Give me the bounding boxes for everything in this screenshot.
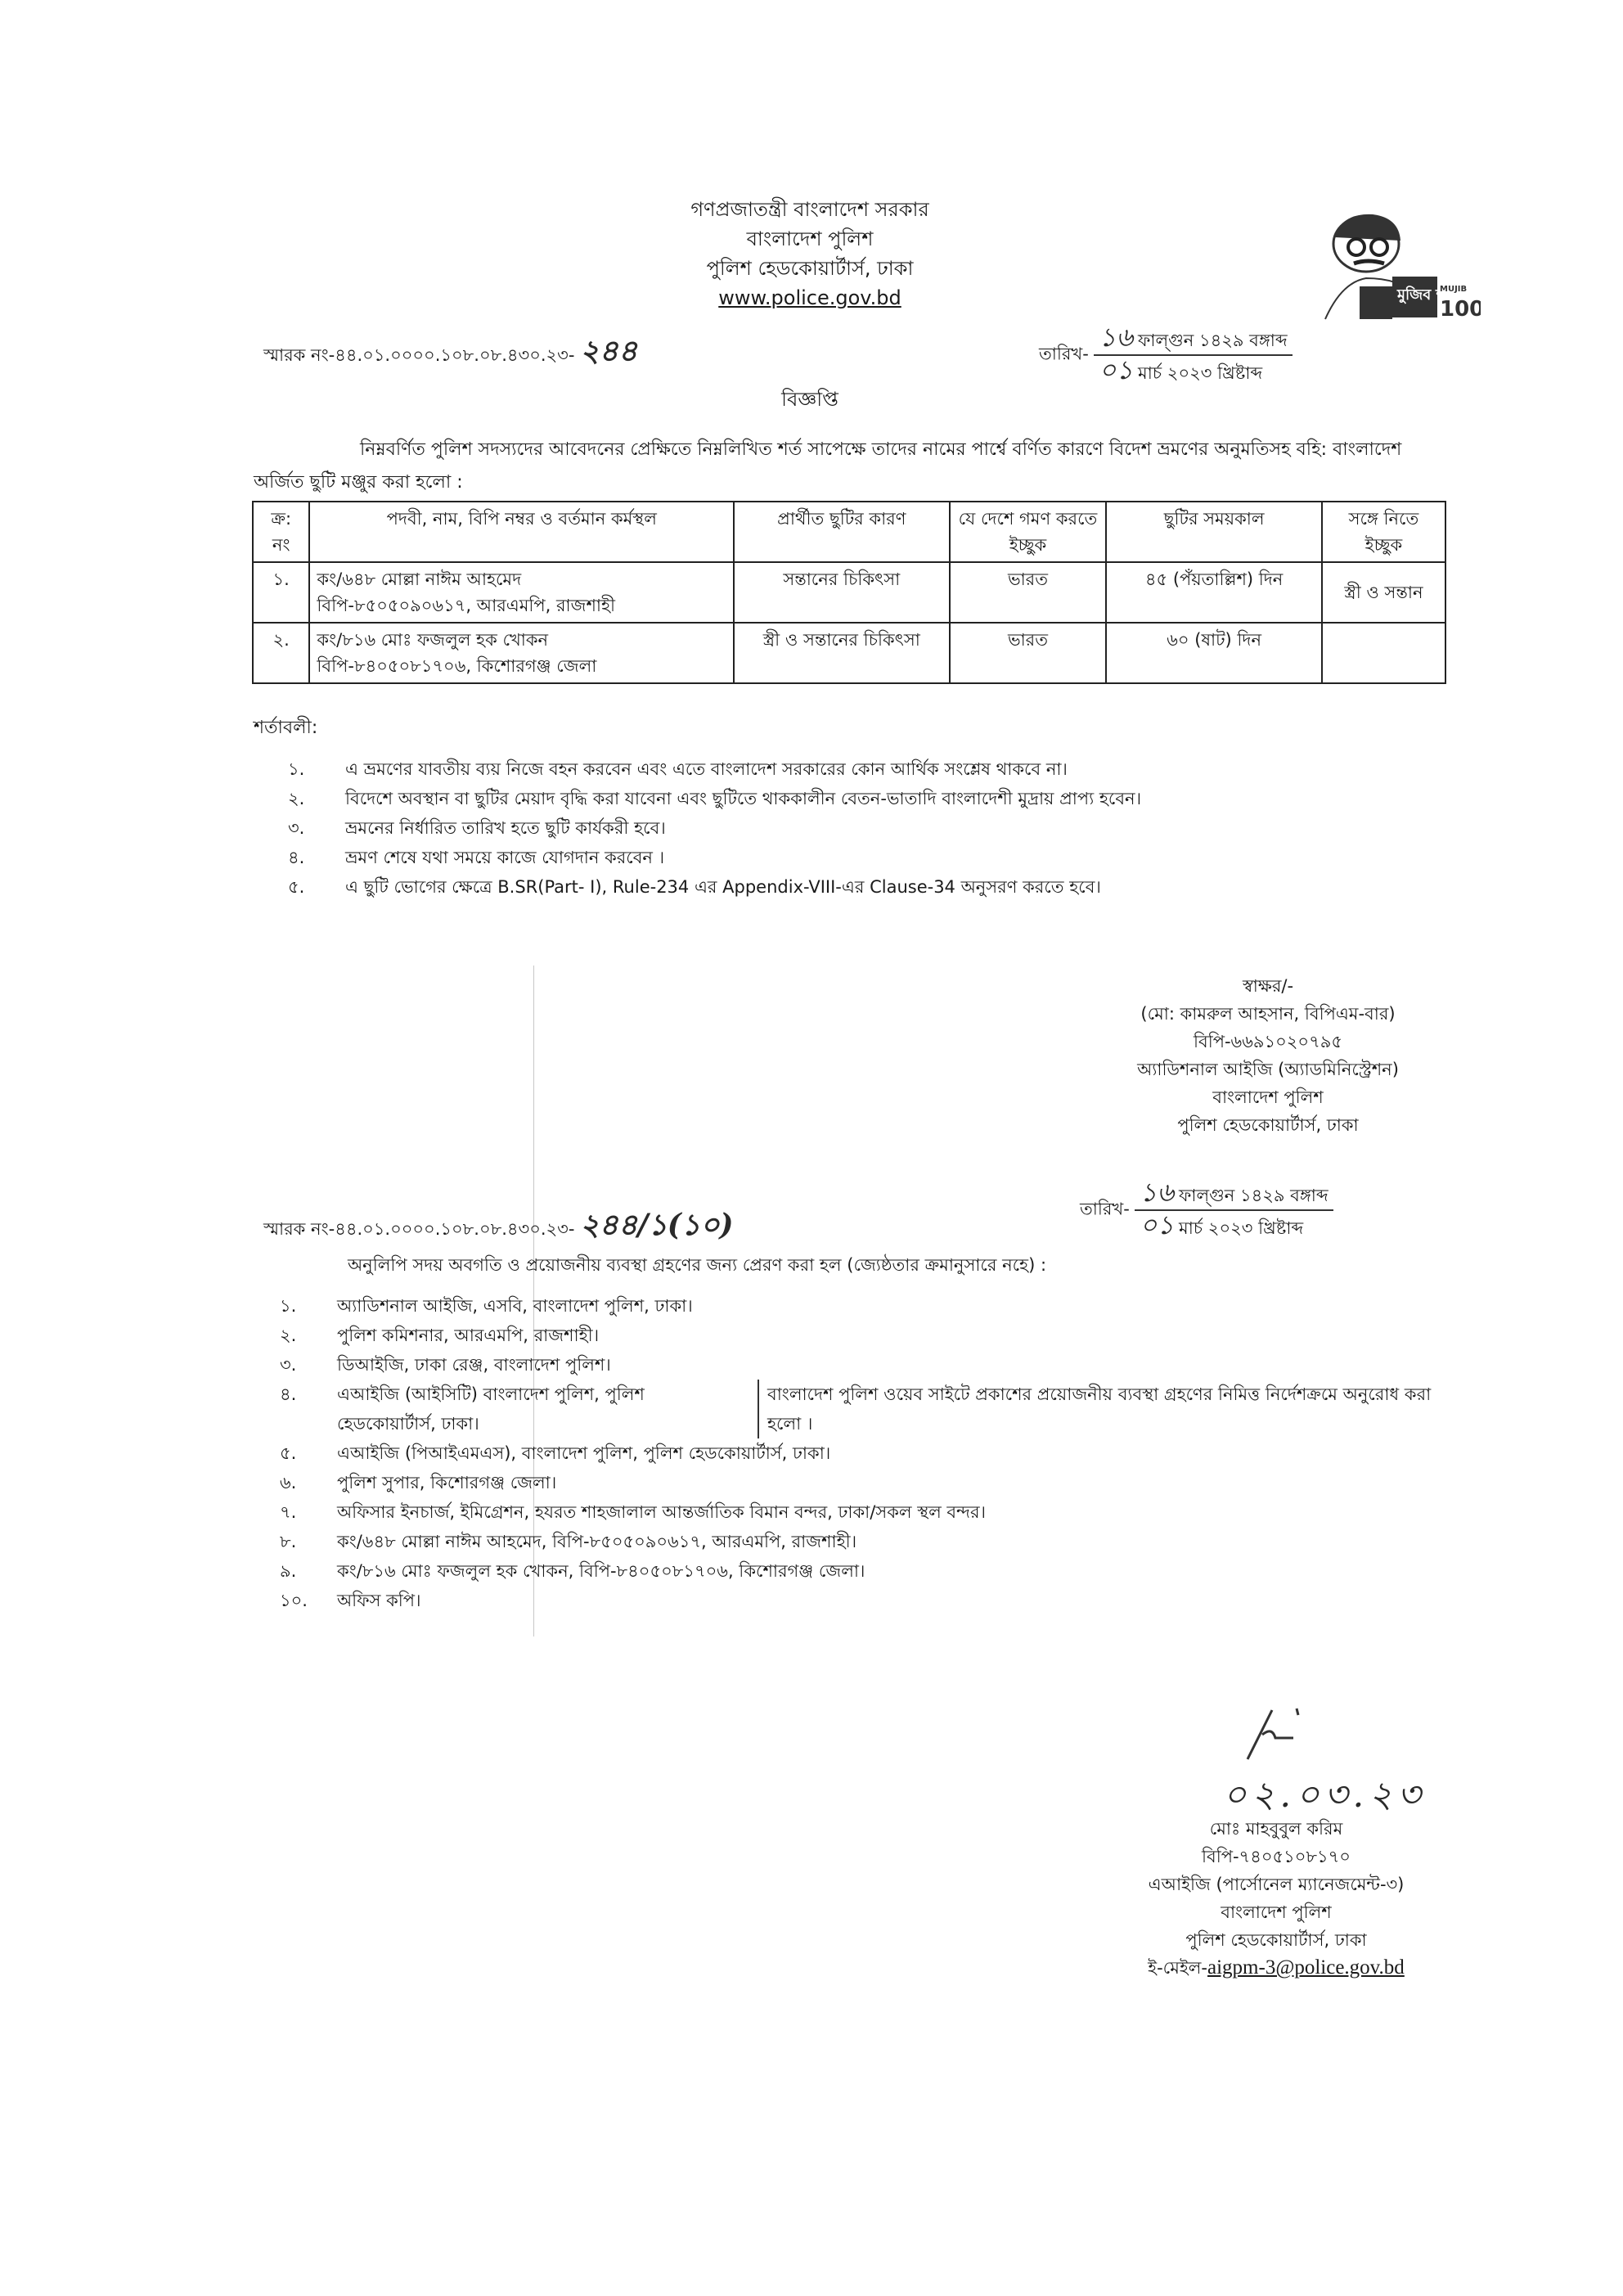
memo-handwritten-number: ২৪৪ — [580, 334, 637, 368]
handwritten-initials — [1239, 1702, 1338, 1767]
signatory-designation: এআইজি (পার্সোনেল ম্যানেজমেন্ট-৩) — [1088, 1871, 1464, 1898]
signatory-bp: বিপি-৬৬৯১০২০৭৯৫ — [1080, 1028, 1456, 1056]
copy-item: ২.পুলিশ কমিশনার, আরএমপি, রাজশাহী। — [280, 1321, 1458, 1350]
cell-country: ভারত — [950, 623, 1107, 683]
copy-item: ৪. এআইজি (আইসিটি) বাংলাদেশ পুলিশ, পুলিশ … — [280, 1380, 1458, 1438]
col-reason: প্রার্থীত ছুটির কারণ — [734, 502, 949, 562]
copy-text: ডিআইজি, ঢাকা রেঞ্জ, বাংলাদেশ পুলিশ। — [337, 1350, 611, 1380]
date-day-english: ০১ — [1099, 354, 1133, 385]
condition-text: ভ্রমণ শেষে যথা সময়ে কাজে যোগদান করবেন । — [345, 843, 664, 872]
signed-mark: স্বাক্ষর/- — [1080, 972, 1456, 1000]
col-name: পদবী, নাম, বিপি নম্বর ও বর্তমান কর্মস্থল — [309, 502, 734, 562]
condition-text: এ ছুটি ভোগের ক্ষেত্রে B.SR(Part- I), Rul… — [345, 872, 1101, 902]
cell-country: ভারত — [950, 562, 1107, 623]
signatory-name: (মো: কামরুল আহসান, বিপিএম-বার) — [1080, 1000, 1456, 1028]
date-day-bangla: ১৬ — [1099, 322, 1133, 353]
copy-item: ৮.কং/৬৪৮ মোল্লা নাঈম আহমেদ, বিপি-৮৫০৫০৯০… — [280, 1527, 1458, 1556]
memo-label: স্মারক নং-৪৪.০১.০০০০.১০৮.০৮.৪৩০.২৩- — [263, 1219, 574, 1239]
date-block-2: তারিখ- ১৬ফাল্গুন ১৪২৯ বঙ্গাব্দ ০১মার্চ ২… — [1080, 1178, 1333, 1242]
copy-item: ৫.এআইজি (পিআইএমএস), বাংলাদেশ পুলিশ, পুলি… — [280, 1438, 1458, 1468]
table-header-row: ক্র: নং পদবী, নাম, বিপি নম্বর ও বর্তমান … — [253, 502, 1445, 562]
member-name: কং/৮১৬ মোঃ ফজলুল হক খোকন — [317, 627, 726, 653]
signatory-designation: অ্যাডিশনাল আইজি (অ্যাডমিনিস্ট্রেশন) — [1080, 1056, 1456, 1083]
dept-name: বাংলাদেশ পুলিশ — [646, 224, 973, 254]
table-row: ১. কং/৬৪৮ মোল্লা নাঈম আহমেদ বিপি-৮৫০৫০৯০… — [253, 562, 1445, 623]
conditions-title: শর্তাবলী: — [254, 714, 317, 744]
cell-name: কং/৮১৬ মোঃ ফজলুল হক খোকন বিপি-৮৪০৫০৮১৭০৬… — [309, 623, 734, 683]
conditions-list: ১.এ ভ্রমণের যাবতীয় ব্যয় নিজে বহন করবেন… — [288, 754, 1450, 902]
condition-num: ৫. — [288, 872, 345, 902]
copy-text: এআইজি (পিআইএমএস), বাংলাদেশ পুলিশ, পুলিশ … — [337, 1438, 830, 1468]
copy-item: ৩.ডিআইজি, ঢাকা রেঞ্জ, বাংলাদেশ পুলিশ। — [280, 1350, 1458, 1380]
office-name: পুলিশ হেডকোয়ার্টার্স, ঢাকা — [646, 254, 973, 283]
condition-item: ৩.ভ্রমনের নির্ধারিত তারিখ হতে ছুটি কার্য… — [288, 813, 1450, 843]
copy-num: ৭. — [280, 1497, 337, 1527]
col-duration: ছুটির সময়কাল — [1106, 502, 1321, 562]
website-link[interactable]: www.police.gov.bd — [646, 283, 973, 313]
cell-serial: ১. — [253, 562, 309, 623]
date-label: তারিখ- — [1039, 344, 1089, 364]
condition-item: ১.এ ভ্রমণের যাবতীয় ব্যয় নিজে বহন করবেন… — [288, 754, 1450, 784]
date-english: মার্চ ২০২৩ খ্রিষ্টাব্দ — [1138, 363, 1262, 383]
cell-name: কং/৬৪৮ মোল্লা নাঈম আহমেদ বিপি-৮৫০৫০৯০৬১৭… — [309, 562, 734, 623]
cell-duration: ৬০ (ষাট) দিন — [1106, 623, 1321, 683]
leave-table: ক্র: নং পদবী, নাম, বিপি নম্বর ও বর্তমান … — [252, 501, 1446, 684]
email-label: ই-মেইল- — [1148, 1958, 1207, 1978]
memo-label: স্মারক নং-৪৪.০১.০০০০.১০৮.০৮.৪৩০.২৩- — [263, 345, 574, 365]
intro-paragraph: নিম্নবর্ণিত পুলিশ সদস্যদের আবেদনের প্রেক… — [254, 434, 1448, 499]
copy-text: এআইজি (আইসিটি) বাংলাদেশ পুলিশ, পুলিশ হেড… — [337, 1380, 746, 1438]
copy-text: পুলিশ কমিশনার, আরএমপি, রাজশাহী। — [337, 1321, 599, 1350]
signatory-office: পুলিশ হেডকোয়ার্টার্স, ঢাকা — [1080, 1111, 1456, 1139]
memo-number-2: স্মারক নং-৪৪.০১.০০০০.১০৮.০৮.৪৩০.২৩- ২৪৪/… — [263, 1203, 734, 1252]
condition-num: ২. — [288, 784, 345, 813]
copy-list: ১.অ্যাডিশনাল আইজি, এসবি, বাংলাদেশ পুলিশ,… — [280, 1291, 1458, 1615]
date-day-english: ০১ — [1140, 1209, 1174, 1240]
copy-side-note: বাংলাদেশ পুলিশ ওয়েব সাইটে প্রকাশের প্রয… — [758, 1380, 1458, 1438]
date-bangla: ফাল্গুন ১৪২৯ বঙ্গাব্দ — [1138, 331, 1288, 350]
copy-num: ১০. — [280, 1586, 337, 1615]
cell-reason: সন্তানের চিকিৎসা — [734, 562, 949, 623]
copy-item: ৬.পুলিশ সুপার, কিশোরগঞ্জ জেলা। — [280, 1468, 1458, 1497]
copy-item: ১.অ্যাডিশনাল আইজি, এসবি, বাংলাদেশ পুলিশ,… — [280, 1291, 1458, 1321]
date-bangla: ফাল্গুন ১৪২৯ বঙ্গাব্দ — [1179, 1186, 1329, 1205]
copy-text: পুলিশ সুপার, কিশোরগঞ্জ জেলা। — [337, 1468, 556, 1497]
mujib-100-logo-icon: মুজিব শতবর্ষ MUJIB 100 — [1309, 205, 1481, 327]
signatory-org: বাংলাদেশ পুলিশ — [1080, 1083, 1456, 1111]
copy-text: অফিসার ইনচার্জ, ইমিগ্রেশন, হযরত শাহজালাল… — [337, 1497, 986, 1527]
date-day-bangla: ১৬ — [1140, 1177, 1174, 1208]
copy-num: ৮. — [280, 1527, 337, 1556]
govt-name: গণপ্রজাতন্ত্রী বাংলাদেশ সরকার — [646, 195, 973, 224]
svg-text:100: 100 — [1440, 297, 1481, 322]
copy-text: অফিস কপি। — [337, 1586, 421, 1615]
cell-serial: ২. — [253, 623, 309, 683]
col-serial: ক্র: নং — [253, 502, 309, 562]
signature-block-2: মোঃ মাহবুবুল করিম বিপি-৭৪০৫১০৮১৭০ এআইজি … — [1088, 1815, 1464, 1982]
signatory-bp: বিপি-৭৪০৫১০৮১৭০ — [1088, 1843, 1464, 1871]
condition-item: ২.বিদেশে অবস্থান বা ছুটির মেয়াদ বৃদ্ধি … — [288, 784, 1450, 813]
condition-text: এ ভ্রমণের যাবতীয় ব্যয় নিজে বহন করবেন এ… — [345, 754, 1068, 784]
copy-intro: অনুলিপি সদয় অবগতি ও প্রয়োজনীয় ব্যবস্থ… — [348, 1252, 1046, 1281]
col-companion: সঙ্গে নিতে ইচ্ছুক — [1322, 502, 1445, 562]
copy-num: ১. — [280, 1291, 337, 1321]
condition-num: ১. — [288, 754, 345, 784]
copy-text: অ্যাডিশনাল আইজি, এসবি, বাংলাদেশ পুলিশ, ঢ… — [337, 1291, 693, 1321]
member-bp: বিপি-৮৫০৫০৯০৬১৭, আরএমপি, রাজশাহী — [317, 592, 726, 619]
cell-duration: ৪৫ (পঁয়তাল্লিশ) দিন — [1106, 562, 1321, 623]
date-english: মার্চ ২০২৩ খ্রিষ্টাব্দ — [1179, 1218, 1303, 1238]
copy-num: ৯. — [280, 1556, 337, 1586]
col-country: যে দেশে গমণ করতে ইচ্ছুক — [950, 502, 1107, 562]
condition-num: ৪. — [288, 843, 345, 872]
condition-item: ৫.এ ছুটি ভোগের ক্ষেত্রে B.SR(Part- I), R… — [288, 872, 1450, 902]
copy-text: কং/৮১৬ মোঃ ফজলুল হক খোকন, বিপি-৮৪০৫০৮১৭০… — [337, 1556, 865, 1586]
signatory-office: পুলিশ হেডকোয়ার্টার্স, ঢাকা — [1088, 1926, 1464, 1954]
copy-num: ৩. — [280, 1350, 337, 1380]
memo-handwritten-number: ২৪৪/১(১০) — [580, 1208, 733, 1242]
condition-text: বিদেশে অবস্থান বা ছুটির মেয়াদ বৃদ্ধি কর… — [345, 784, 1141, 813]
condition-item: ৪.ভ্রমণ শেষে যথা সময়ে কাজে যোগদান করবেন… — [288, 843, 1450, 872]
copy-num: ২. — [280, 1321, 337, 1350]
copy-num: ৫. — [280, 1438, 337, 1468]
member-bp: বিপি-৮৪০৫০৮১৭০৬, কিশোরগঞ্জ জেলা — [317, 653, 726, 679]
letterhead: গণপ্রজাতন্ত্রী বাংলাদেশ সরকার বাংলাদেশ প… — [646, 195, 973, 313]
condition-text: ভ্রমনের নির্ধারিত তারিখ হতে ছুটি কার্যকর… — [345, 813, 666, 843]
condition-num: ৩. — [288, 813, 345, 843]
signatory-name: মোঃ মাহবুবুল করিম — [1088, 1815, 1464, 1843]
date-label: তারিখ- — [1080, 1200, 1130, 1219]
member-name: কং/৬৪৮ মোল্লা নাঈম আহমেদ — [317, 566, 726, 592]
copy-item: ১০.অফিস কপি। — [280, 1586, 1458, 1615]
svg-text:MUJIB: MUJIB — [1440, 285, 1467, 294]
table-row: ২. কং/৮১৬ মোঃ ফজলুল হক খোকন বিপি-৮৪০৫০৮১… — [253, 623, 1445, 683]
copy-num: ৪. — [280, 1380, 337, 1438]
cell-reason: স্ত্রী ও সন্তানের চিকিৎসা — [734, 623, 949, 683]
memo-number-1: স্মারক নং-৪৪.০১.০০০০.১০৮.০৮.৪৩০.২৩- ২৪৪ — [263, 329, 637, 378]
date-block-1: তারিখ- ১৬ফাল্গুন ১৪২৯ বঙ্গাব্দ ০১মার্চ ২… — [1039, 323, 1293, 387]
copy-text: কং/৬৪৮ মোল্লা নাঈম আহমেদ, বিপি-৮৫০৫০৯০৬১… — [337, 1527, 856, 1556]
copy-item: ৯.কং/৮১৬ মোঃ ফজলুল হক খোকন, বিপি-৮৪০৫০৮১… — [280, 1556, 1458, 1586]
notice-title: বিজ্ঞপ্তি — [728, 385, 892, 417]
cell-companion: স্ত্রী ও সন্তান — [1322, 562, 1445, 623]
cell-companion — [1322, 623, 1445, 683]
copy-num: ৬. — [280, 1468, 337, 1497]
signatory-org: বাংলাদেশ পুলিশ — [1088, 1898, 1464, 1926]
copy-item: ৭.অফিসার ইনচার্জ, ইমিগ্রেশন, হযরত শাহজাল… — [280, 1497, 1458, 1527]
email-link[interactable]: aigpm-3@police.gov.bd — [1207, 1956, 1405, 1979]
signature-block-1: স্বাক্ষর/- (মো: কামরুল আহসান, বিপিএম-বার… — [1080, 972, 1456, 1139]
